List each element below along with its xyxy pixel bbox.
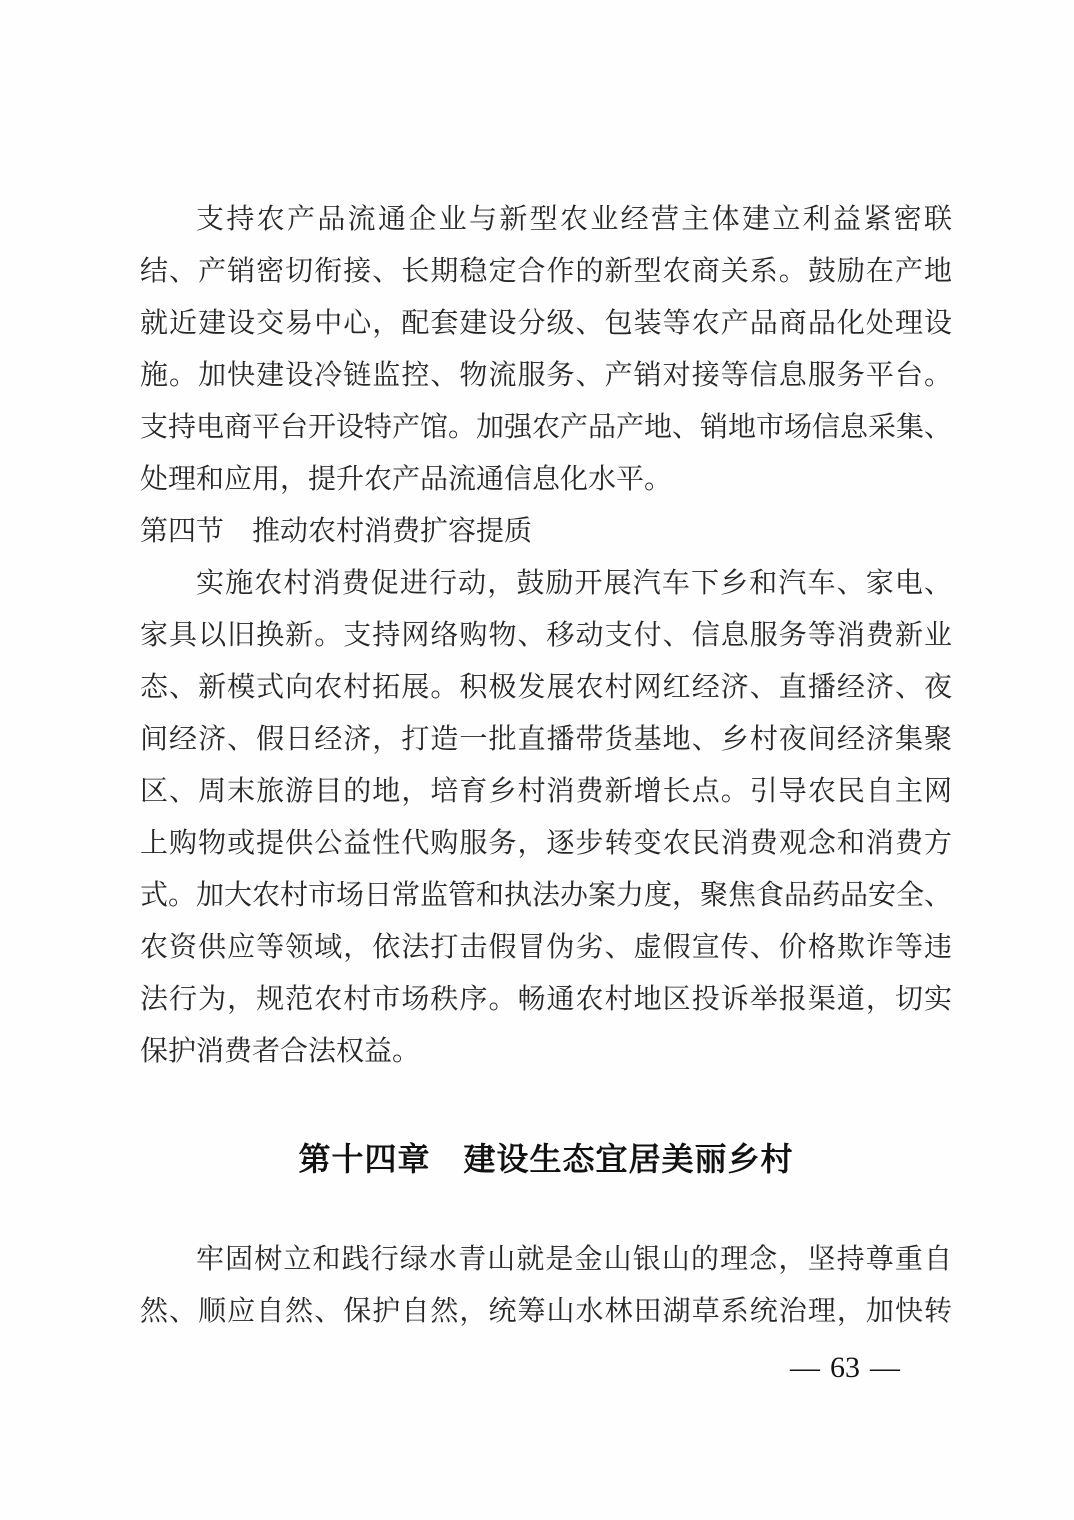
text-line: 农资供应等领域，依法打击假冒伪劣、虚假宣传、价格欺诈等违 (140, 922, 952, 974)
chapter-heading: 第十四章 建设生态宜居美丽乡村 (140, 1133, 952, 1185)
text-line: 结、产销密切衔接、长期稳定合作的新型农商关系。鼓励在产地 (140, 246, 952, 298)
paragraph-1: 支持农产品流通企业与新型农业经营主体建立利益紧密联 结、产销密切衔接、长期稳定合… (140, 194, 952, 506)
text-line: 施。加快建设冷链监控、物流服务、产销对接等信息服务平台。 (140, 350, 952, 402)
text-line: 然、顺应自然、保护自然，统筹山水林田湖草系统治理，加快转 (140, 1286, 952, 1338)
paragraph-2: 实施农村消费促进行动，鼓励开展汽车下乡和汽车、家电、 家具以旧换新。支持网络购物… (140, 558, 952, 1078)
text-line: 法行为，规范农村市场秩序。畅通农村地区投诉举报渠道，切实 (140, 974, 952, 1026)
text-line: 支持电商平台开设特产馆。加强农产品产地、销地市场信息采集、 (140, 402, 952, 454)
text-line: 态、新模式向农村拓展。积极发展农村网红经济、直播经济、夜 (140, 662, 952, 714)
text-line: 上购物或提供公益性代购服务，逐步转变农民消费观念和消费方 (140, 818, 952, 870)
footer-dash-left: — (790, 1351, 820, 1384)
text-line: 区、周末旅游目的地，培育乡村消费新增长点。引导农民自主网 (140, 766, 952, 818)
text-line: 式。加大农村市场日常监管和执法办案力度，聚焦食品药品安全、 (140, 870, 952, 922)
text-line: 就近建设交易中心，配套建设分级、包装等农产品商品化处理设 (140, 298, 952, 350)
text-line: 实施农村消费促进行动，鼓励开展汽车下乡和汽车、家电、 (140, 558, 952, 610)
document-page: 支持农产品流通企业与新型农业经营主体建立利益紧密联 结、产销密切衔接、长期稳定合… (0, 0, 1074, 1520)
text-line: 保护消费者合法权益。 (140, 1026, 952, 1078)
section-heading: 第四节 推动农村消费扩容提质 (140, 506, 952, 558)
text-line: 间经济、假日经济，打造一批直播带货基地、乡村夜间经济集聚 (140, 714, 952, 766)
footer-dash-right: — (870, 1351, 900, 1384)
page-number: 63 (830, 1351, 860, 1384)
text-line: 处理和应用，提升农产品流通信息化水平。 (140, 454, 952, 506)
page-footer: —63— (790, 1349, 900, 1387)
text-line: 家具以旧换新。支持网络购物、移动支付、信息服务等消费新业 (140, 610, 952, 662)
text-line: 支持农产品流通企业与新型农业经营主体建立利益紧密联 (140, 194, 952, 246)
text-line: 牢固树立和践行绿水青山就是金山银山的理念，坚持尊重自 (140, 1234, 952, 1286)
page-content: 支持农产品流通企业与新型农业经营主体建立利益紧密联 结、产销密切衔接、长期稳定合… (140, 194, 952, 1338)
paragraph-3: 牢固树立和践行绿水青山就是金山银山的理念，坚持尊重自 然、顺应自然、保护自然，统… (140, 1234, 952, 1338)
